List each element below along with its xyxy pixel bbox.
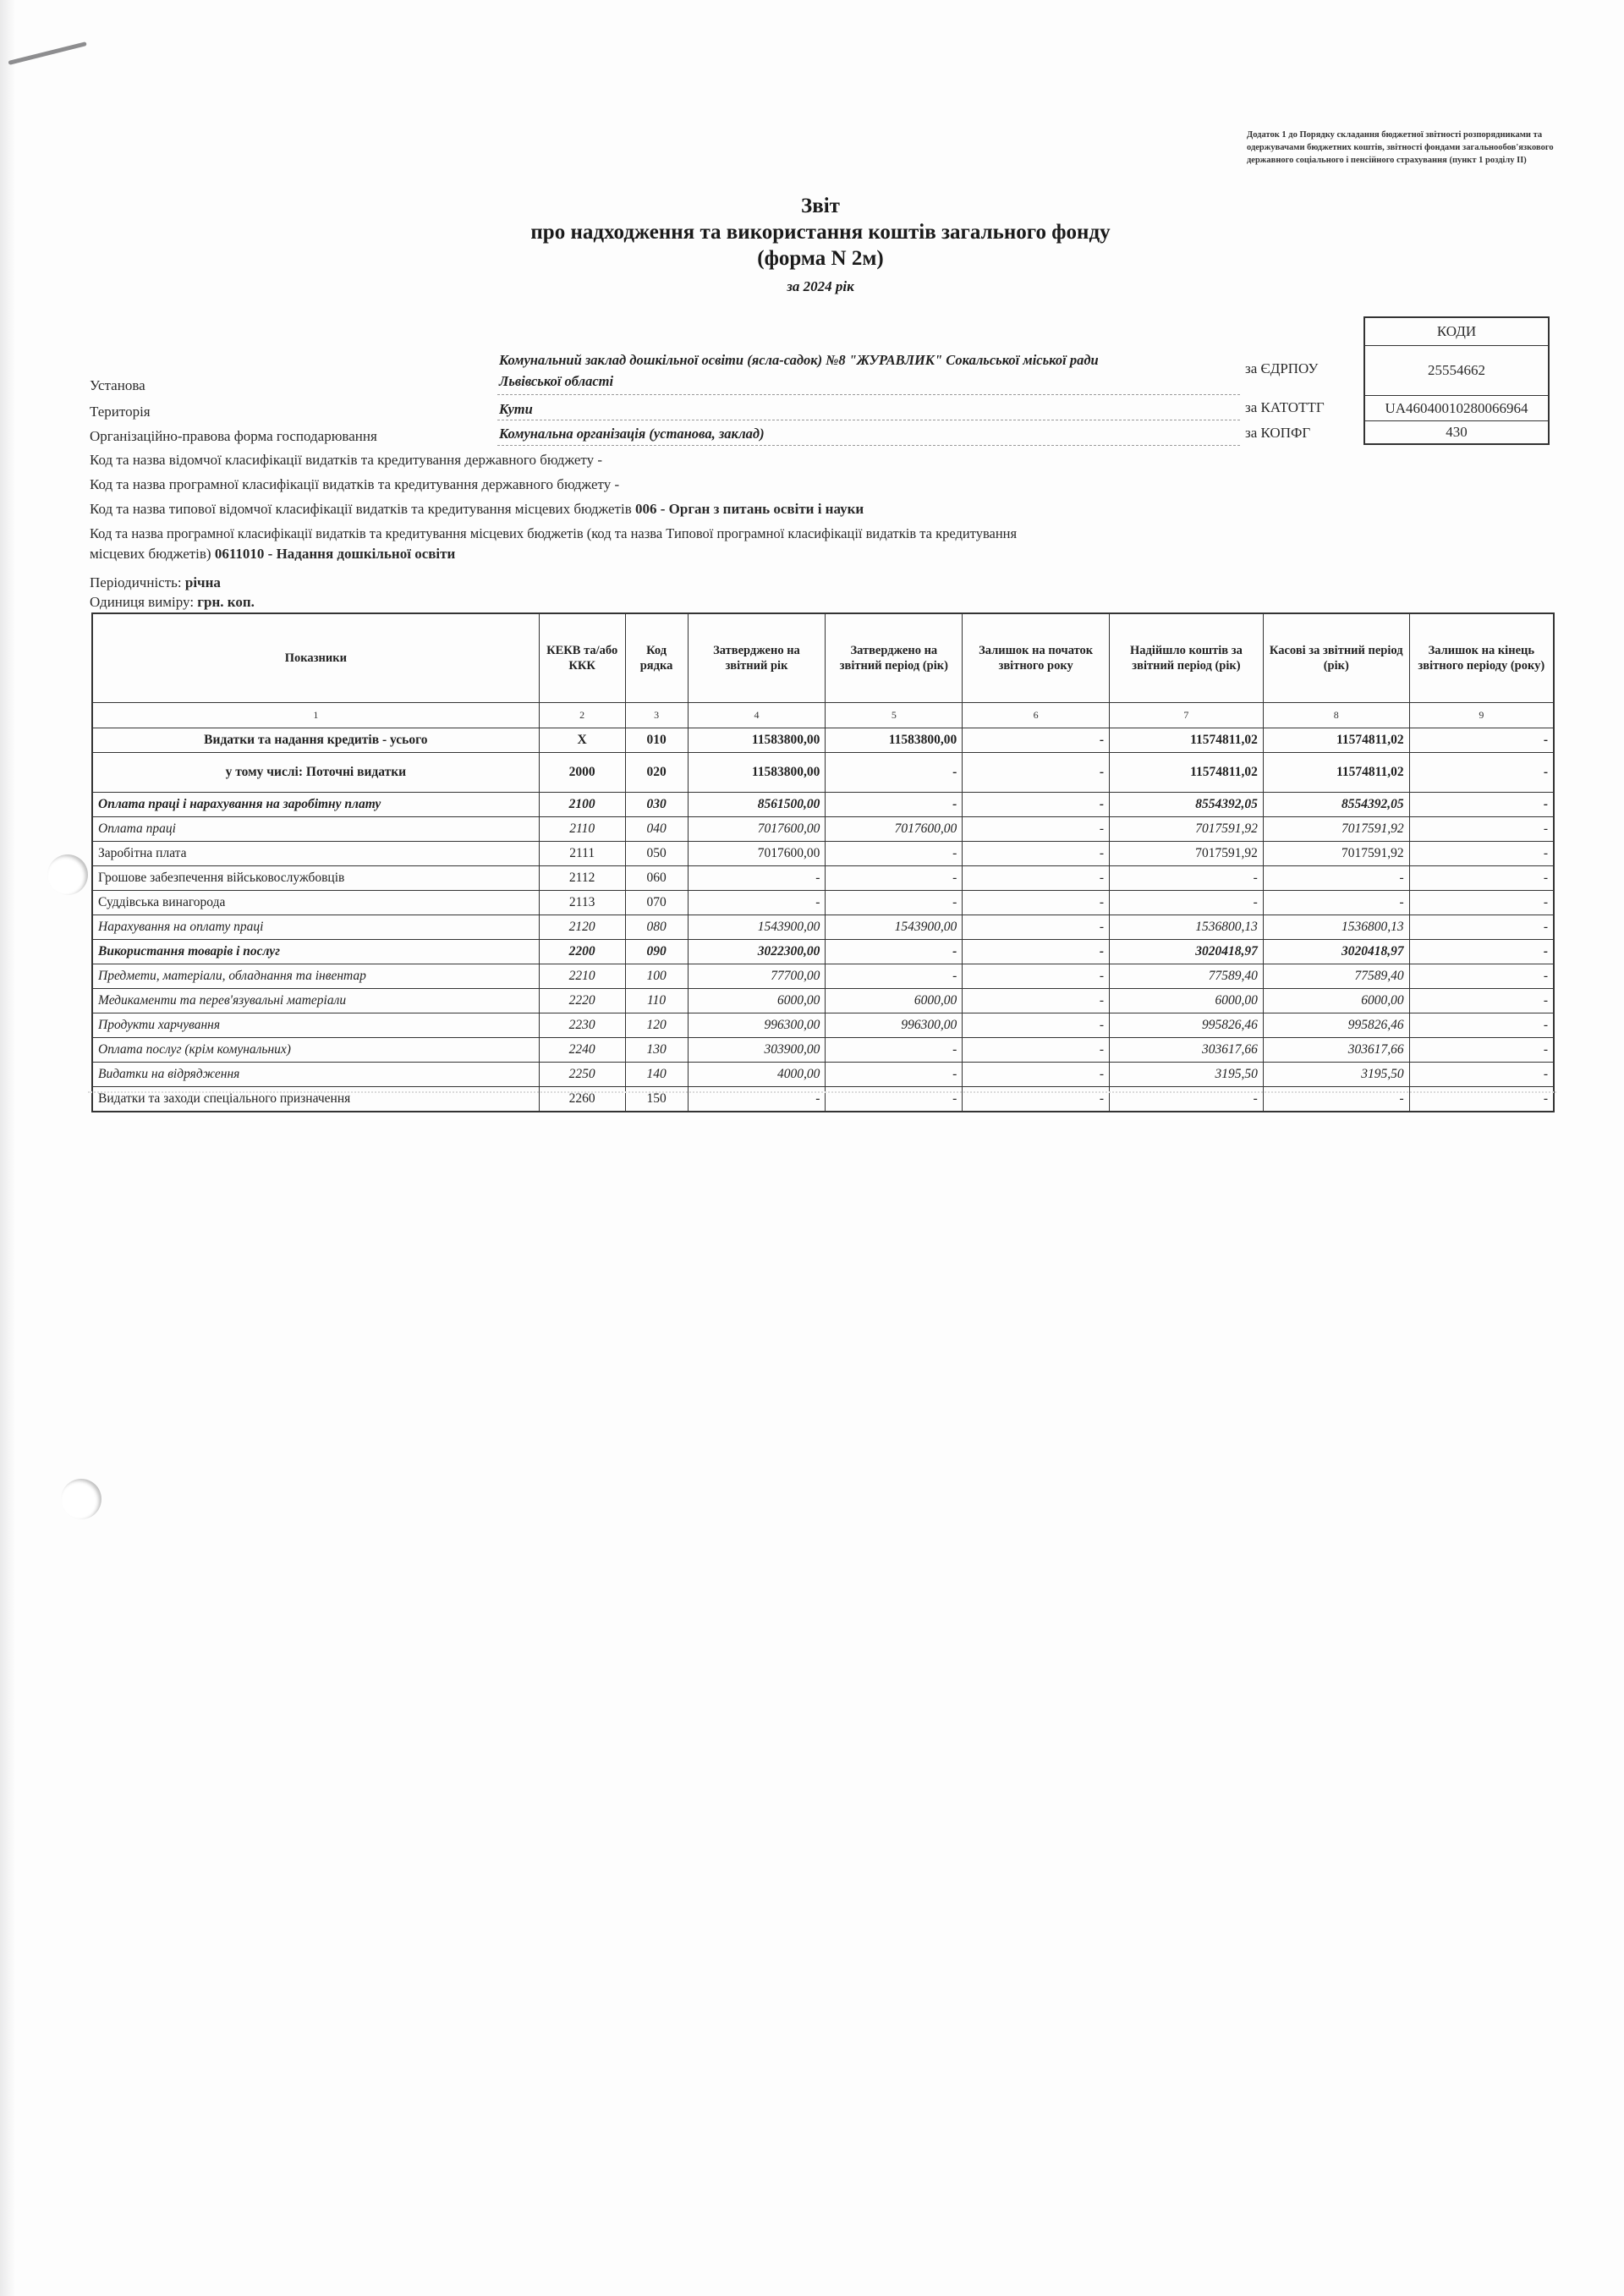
row-received: 3195,50: [1110, 1063, 1264, 1087]
row-code: 060: [625, 866, 688, 891]
col-number: 2: [539, 703, 625, 728]
row-approved-period: -: [826, 793, 963, 817]
row-approved-period: 7017600,00: [826, 817, 963, 842]
row-balance-start: -: [963, 1038, 1110, 1063]
row-received: 11574811,02: [1110, 753, 1264, 793]
row-balance-end: -: [1409, 842, 1554, 866]
row-approved-period: 996300,00: [826, 1013, 963, 1038]
row-cash: 995826,46: [1263, 1013, 1409, 1038]
typical-dept-class-prefix: Код та назва типової відомчої класифікац…: [90, 501, 632, 517]
prog-class-state: Код та назва програмної класифікації вид…: [90, 476, 619, 493]
table-row: Нарахування на оплату праці2120080154390…: [92, 915, 1554, 940]
table-row: Предмети, матеріали, обладнання та інвен…: [92, 964, 1554, 989]
row-received: 3020418,97: [1110, 940, 1264, 964]
report-table: Показники КЕКВ та/або ККК Код рядка Затв…: [91, 612, 1555, 1112]
territory-value: Кути: [499, 401, 533, 418]
staple-mark: [8, 41, 86, 65]
row-balance-start: -: [963, 753, 1110, 793]
row-approved-year: 3022300,00: [688, 940, 826, 964]
row-approved-year: 11583800,00: [688, 728, 826, 753]
prog-class-local-value: 0611010 - Надання дошкільної освіти: [215, 546, 455, 562]
row-approved-period: 6000,00: [826, 989, 963, 1013]
row-code: 030: [625, 793, 688, 817]
row-balance-start: -: [963, 964, 1110, 989]
row-balance-end: -: [1409, 989, 1554, 1013]
col-number: 1: [92, 703, 539, 728]
row-indicator: Оплата праці і нарахування на заробітну …: [92, 793, 539, 817]
col-header-cash: Касові за звітний період (рік): [1263, 613, 1409, 703]
codes-box: КОДИ 25554662 UA46040010280066964 430: [1363, 316, 1550, 445]
row-cash: 8554392,05: [1263, 793, 1409, 817]
row-indicator: Медикаменти та перев'язувальні матеріали: [92, 989, 539, 1013]
row-cash: 3020418,97: [1263, 940, 1409, 964]
row-received: 6000,00: [1110, 989, 1264, 1013]
col-header-indicators: Показники: [92, 613, 539, 703]
row-approved-period: -: [826, 866, 963, 891]
katottg-code: UA46040010280066964: [1364, 396, 1549, 421]
row-kekv: X: [539, 728, 625, 753]
footer-rule: [88, 1091, 1556, 1093]
row-indicator: Видатки на відрядження: [92, 1063, 539, 1087]
column-number-row: 1 2 3 4 5 6 7 8 9: [92, 703, 1554, 728]
row-indicator: Грошове забезпечення військовослужбовців: [92, 866, 539, 891]
row-code: 050: [625, 842, 688, 866]
report-title: Звіт про надходження та використання кош…: [457, 193, 1184, 301]
row-received: 995826,46: [1110, 1013, 1264, 1038]
col-header-row-code: Код рядка: [625, 613, 688, 703]
row-code: 150: [625, 1087, 688, 1112]
table-row: Використання товарів і послуг22000903022…: [92, 940, 1554, 964]
row-code: 070: [625, 891, 688, 915]
row-balance-start: -: [963, 728, 1110, 753]
row-received: -: [1110, 891, 1264, 915]
col-header-balance-end: Залишок на кінець звітного періоду (року…: [1409, 613, 1554, 703]
row-approved-year: 11583800,00: [688, 753, 826, 793]
row-balance-start: -: [963, 891, 1110, 915]
row-indicator: Оплата праці: [92, 817, 539, 842]
row-cash: -: [1263, 891, 1409, 915]
row-approved-year: 7017600,00: [688, 842, 826, 866]
territory-label: Територія: [90, 404, 151, 420]
row-indicator: Суддівська винагорода: [92, 891, 539, 915]
row-code: 100: [625, 964, 688, 989]
row-kekv: 2110: [539, 817, 625, 842]
row-cash: 77589,40: [1263, 964, 1409, 989]
row-balance-end: -: [1409, 753, 1554, 793]
report-period: за 2024 рік: [457, 272, 1184, 301]
row-balance-start: -: [963, 817, 1110, 842]
row-code: 090: [625, 940, 688, 964]
row-balance-end: -: [1409, 1063, 1554, 1087]
row-indicator: Заробітна плата: [92, 842, 539, 866]
row-received: 77589,40: [1110, 964, 1264, 989]
row-approved-period: -: [826, 891, 963, 915]
col-number: 4: [688, 703, 826, 728]
row-indicator: Видатки та надання кредитів - усього: [92, 728, 539, 753]
row-balance-end: -: [1409, 1087, 1554, 1112]
row-approved-year: 303900,00: [688, 1038, 826, 1063]
dotted-underline: [497, 394, 1240, 395]
table-header-row: Показники КЕКВ та/або ККК Код рядка Затв…: [92, 613, 1554, 703]
row-approved-year: -: [688, 891, 826, 915]
col-header-balance-start: Залишок на початок звітного року: [963, 613, 1110, 703]
col-number: 3: [625, 703, 688, 728]
row-code: 110: [625, 989, 688, 1013]
row-balance-start: -: [963, 842, 1110, 866]
title-line-3: (форма N 2м): [457, 245, 1184, 272]
kopfg-code: 430: [1364, 421, 1549, 445]
row-code: 120: [625, 1013, 688, 1038]
row-approved-year: 1543900,00: [688, 915, 826, 940]
row-approved-period: -: [826, 940, 963, 964]
punch-hole: [47, 854, 88, 895]
institution-name-line2: Львівської області: [499, 373, 613, 390]
row-approved-year: 77700,00: [688, 964, 826, 989]
institution-name-line1: Комунальний заклад дошкільної освіти (яс…: [499, 352, 1099, 369]
row-approved-period: -: [826, 1087, 963, 1112]
prog-class-local-prefix: місцевих бюджетів): [90, 546, 215, 562]
row-cash: 11574811,02: [1263, 728, 1409, 753]
row-kekv: 2113: [539, 891, 625, 915]
row-code: 130: [625, 1038, 688, 1063]
row-approved-period: 11583800,00: [826, 728, 963, 753]
row-indicator: Видатки та заходи спеціального призначен…: [92, 1087, 539, 1112]
row-received: 7017591,92: [1110, 817, 1264, 842]
unit-label: Одиниця виміру:: [90, 594, 197, 610]
row-balance-end: -: [1409, 1038, 1554, 1063]
col-header-kekv: КЕКВ та/або ККК: [539, 613, 625, 703]
row-balance-end: -: [1409, 1013, 1554, 1038]
title-line-1: Звіт: [457, 193, 1184, 220]
scan-edge-shadow: [0, 0, 15, 2296]
typical-dept-class-value: 006 - Орган з питань освіти і науки: [635, 501, 864, 517]
row-approved-period: -: [826, 753, 963, 793]
typical-dept-class: Код та назва типової відомчої класифікац…: [90, 501, 864, 518]
row-indicator: Нарахування на оплату праці: [92, 915, 539, 940]
row-kekv: 2200: [539, 940, 625, 964]
row-kekv: 2250: [539, 1063, 625, 1087]
row-received: 1536800,13: [1110, 915, 1264, 940]
col-header-received: Надійшло коштів за звітний період (рік): [1110, 613, 1264, 703]
row-balance-start: -: [963, 940, 1110, 964]
row-approved-year: 996300,00: [688, 1013, 826, 1038]
table-row: Видатки та заходи спеціального призначен…: [92, 1087, 1554, 1112]
row-received: 11574811,02: [1110, 728, 1264, 753]
col-number: 8: [1263, 703, 1409, 728]
table-row: Оплата послуг (крім комунальних)22401303…: [92, 1038, 1554, 1063]
dotted-underline: [497, 420, 1240, 420]
col-header-approved-year: Затверджено на звітний рік: [688, 613, 826, 703]
row-code: 080: [625, 915, 688, 940]
row-balance-end: -: [1409, 964, 1554, 989]
row-balance-end: -: [1409, 891, 1554, 915]
dept-class-state: Код та назва відомчої класифікації видат…: [90, 452, 602, 469]
row-balance-start: -: [963, 866, 1110, 891]
row-kekv: 2120: [539, 915, 625, 940]
edrpou-code: 25554662: [1364, 346, 1549, 396]
katottg-label: за КАТОТТГ: [1245, 399, 1325, 416]
col-number: 6: [963, 703, 1110, 728]
row-approved-period: 1543900,00: [826, 915, 963, 940]
legal-form-label: Організаційно-правова форма господарюван…: [90, 428, 377, 445]
row-received: 8554392,05: [1110, 793, 1264, 817]
row-code: 010: [625, 728, 688, 753]
kopfg-label: за КОПФГ: [1245, 425, 1310, 442]
edrpou-label: за ЄДРПОУ: [1245, 360, 1318, 377]
row-approved-period: -: [826, 1063, 963, 1087]
row-balance-start: -: [963, 1087, 1110, 1112]
row-approved-period: -: [826, 964, 963, 989]
row-kekv: 2111: [539, 842, 625, 866]
row-kekv: 2260: [539, 1087, 625, 1112]
table-row: Оплата праці21100407017600,007017600,00-…: [92, 817, 1554, 842]
row-received: 7017591,92: [1110, 842, 1264, 866]
row-kekv: 2210: [539, 964, 625, 989]
row-received: -: [1110, 1087, 1264, 1112]
row-cash: 303617,66: [1263, 1038, 1409, 1063]
col-number: 9: [1409, 703, 1554, 728]
legal-form-value: Комунальна організація (установа, заклад…: [499, 426, 765, 442]
row-balance-start: -: [963, 1063, 1110, 1087]
appendix-note: Додаток 1 до Порядку складання бюджетної…: [1247, 129, 1585, 167]
table-row: Медикаменти та перев'язувальні матеріали…: [92, 989, 1554, 1013]
row-kekv: 2230: [539, 1013, 625, 1038]
title-line-2: про надходження та використання коштів з…: [457, 220, 1184, 245]
table-row: у тому числі: Поточні видатки20000201158…: [92, 753, 1554, 793]
row-cash: 3195,50: [1263, 1063, 1409, 1087]
dotted-underline: [497, 445, 1240, 446]
row-approved-year: 4000,00: [688, 1063, 826, 1087]
row-kekv: 2100: [539, 793, 625, 817]
row-approved-year: -: [688, 1087, 826, 1112]
row-balance-end: -: [1409, 866, 1554, 891]
row-approved-year: -: [688, 866, 826, 891]
codes-header: КОДИ: [1364, 317, 1549, 346]
row-indicator: Предмети, матеріали, обладнання та інвен…: [92, 964, 539, 989]
institution-label: Установа: [90, 377, 145, 394]
row-cash: -: [1263, 866, 1409, 891]
row-balance-end: -: [1409, 728, 1554, 753]
row-kekv: 2112: [539, 866, 625, 891]
table-row: Продукти харчування2230120996300,0099630…: [92, 1013, 1554, 1038]
unit-value: грн. коп.: [197, 594, 255, 610]
col-header-approved-period: Затверджено на звітний період (рік): [826, 613, 963, 703]
row-indicator: Оплата послуг (крім комунальних): [92, 1038, 539, 1063]
col-number: 7: [1110, 703, 1264, 728]
row-approved-year: 7017600,00: [688, 817, 826, 842]
row-indicator: Використання товарів і послуг: [92, 940, 539, 964]
prog-class-local-line1: Код та назва програмної класифікації вид…: [90, 525, 1017, 542]
row-code: 020: [625, 753, 688, 793]
unit: Одиниця виміру: грн. коп.: [90, 594, 255, 611]
row-approved-period: -: [826, 1038, 963, 1063]
row-code: 040: [625, 817, 688, 842]
row-cash: 6000,00: [1263, 989, 1409, 1013]
table-body: Видатки та надання кредитів - усьогоX010…: [92, 728, 1554, 1112]
row-balance-start: -: [963, 915, 1110, 940]
table-row: Оплата праці і нарахування на заробітну …: [92, 793, 1554, 817]
row-cash: 1536800,13: [1263, 915, 1409, 940]
table-row: Видатки та надання кредитів - усьогоX010…: [92, 728, 1554, 753]
table-row: Грошове забезпечення військовослужбовців…: [92, 866, 1554, 891]
row-cash: -: [1263, 1087, 1409, 1112]
row-kekv: 2240: [539, 1038, 625, 1063]
table-row: Видатки на відрядження22501404000,00--31…: [92, 1063, 1554, 1087]
row-balance-start: -: [963, 989, 1110, 1013]
row-cash: 7017591,92: [1263, 842, 1409, 866]
periodicity-value: річна: [185, 574, 221, 590]
row-balance-end: -: [1409, 915, 1554, 940]
row-indicator: Продукти харчування: [92, 1013, 539, 1038]
row-cash: 7017591,92: [1263, 817, 1409, 842]
row-received: -: [1110, 866, 1264, 891]
row-approved-year: 8561500,00: [688, 793, 826, 817]
row-balance-end: -: [1409, 793, 1554, 817]
col-number: 5: [826, 703, 963, 728]
row-balance-end: -: [1409, 940, 1554, 964]
periodicity: Періодичність: річна: [90, 574, 221, 591]
periodicity-label: Періодичність:: [90, 574, 185, 590]
row-kekv: 2220: [539, 989, 625, 1013]
row-balance-start: -: [963, 793, 1110, 817]
prog-class-local-line2: місцевих бюджетів) 0611010 - Надання дош…: [90, 546, 455, 563]
row-indicator: у тому числі: Поточні видатки: [92, 753, 539, 793]
row-approved-period: -: [826, 842, 963, 866]
row-balance-end: -: [1409, 817, 1554, 842]
punch-hole: [61, 1479, 101, 1519]
row-approved-year: 6000,00: [688, 989, 826, 1013]
row-cash: 11574811,02: [1263, 753, 1409, 793]
table-row: Суддівська винагорода2113070------: [92, 891, 1554, 915]
table-row: Заробітна плата21110507017600,00--701759…: [92, 842, 1554, 866]
row-balance-start: -: [963, 1013, 1110, 1038]
row-kekv: 2000: [539, 753, 625, 793]
row-received: 303617,66: [1110, 1038, 1264, 1063]
row-code: 140: [625, 1063, 688, 1087]
